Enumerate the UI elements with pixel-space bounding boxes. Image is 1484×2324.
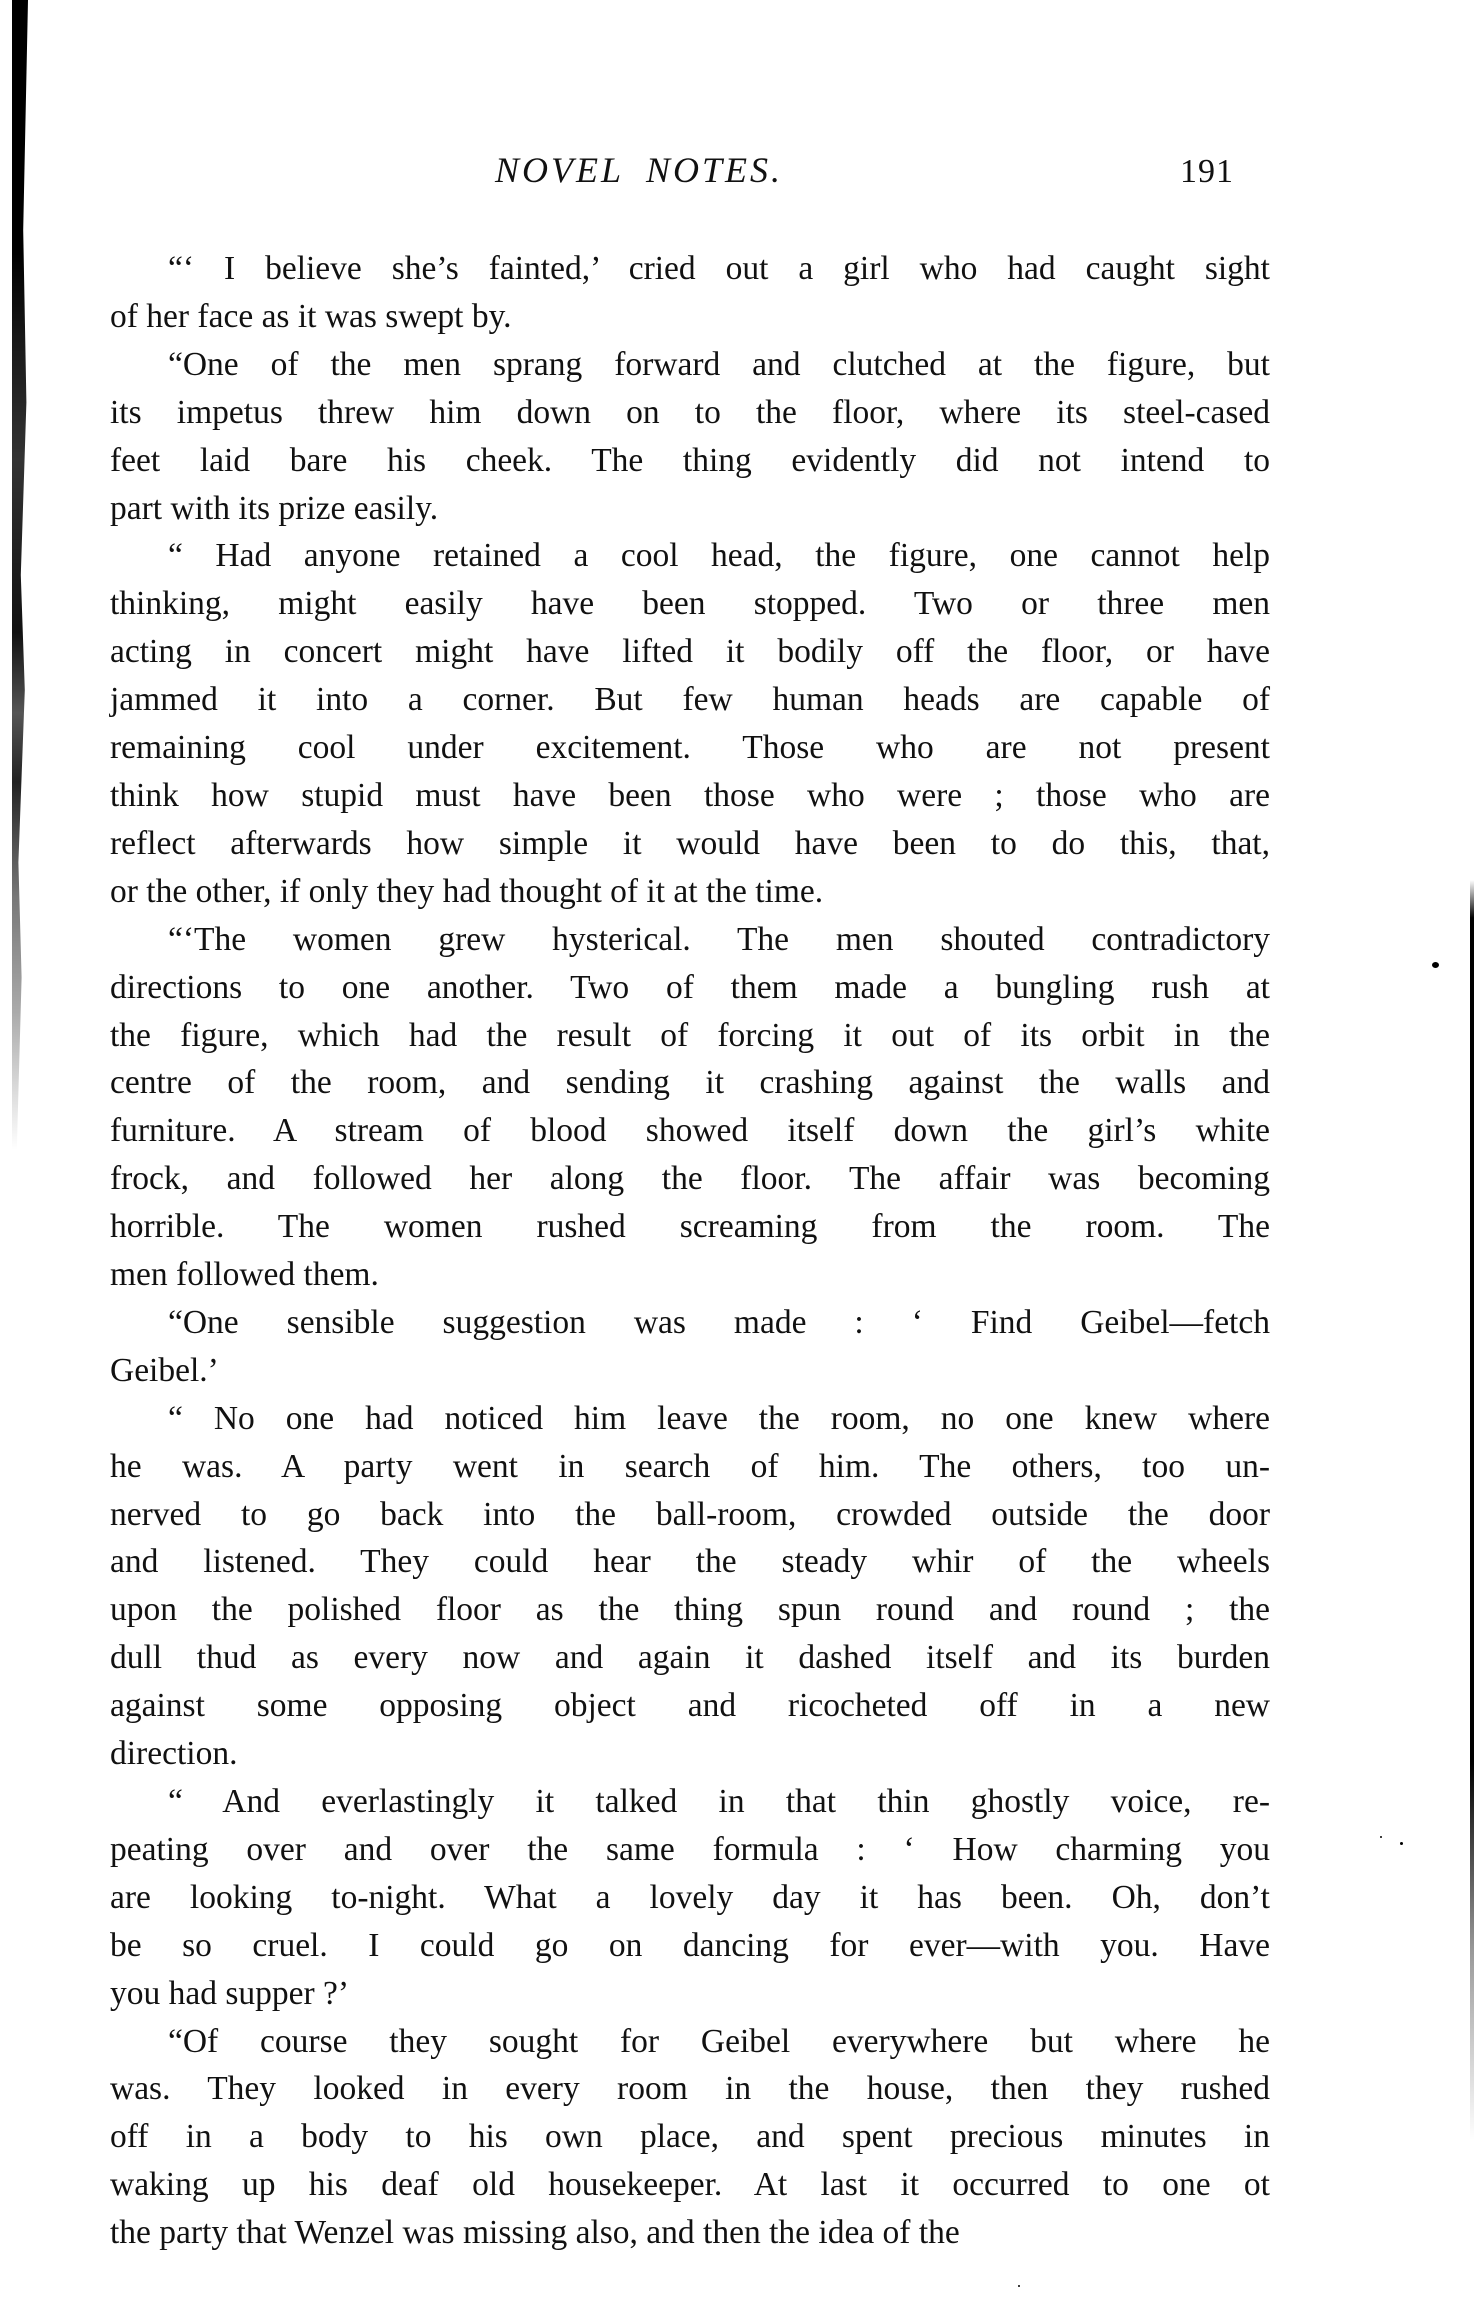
paragraph: “ Had anyone retained a cool head, the f… <box>110 532 1270 915</box>
text-line: furniture. A stream of blood showed itse… <box>110 1107 1270 1155</box>
text-line: off in a body to his own place, and spen… <box>110 2113 1270 2161</box>
text-line: jammed it into a corner. But few human h… <box>110 676 1270 724</box>
scan-binding-edge <box>12 0 28 1150</box>
text-line: direction. <box>110 1730 1270 1778</box>
text-line: “ No one had noticed him leave the room,… <box>110 1395 1270 1443</box>
text-line: waking up his deaf old housekeeper. At l… <box>110 2161 1270 2209</box>
running-head-word: NOTES. <box>646 150 783 190</box>
text-line: are looking to-night. What a lovely day … <box>110 1874 1270 1922</box>
paragraph: “Of course they sought for Geibel everyw… <box>110 2018 1270 2258</box>
text-line: dull thud as every now and again it dash… <box>110 1634 1270 1682</box>
text-line: was. They looked in every room in the ho… <box>110 2065 1270 2113</box>
text-line: the figure, which had the result of forc… <box>110 1012 1270 1060</box>
text-line: its impetus threw him down on to the flo… <box>110 389 1270 437</box>
running-head-word: NOVEL <box>495 150 624 190</box>
text-line: thinking, might easily have been stopped… <box>110 580 1270 628</box>
text-line: men followed them. <box>110 1251 1270 1299</box>
text-line: of her face as it was swept by. <box>110 293 1270 341</box>
text-line: acting in concert might have lifted it b… <box>110 628 1270 676</box>
text-line: directions to one another. Two of them m… <box>110 964 1270 1012</box>
body-text: “‘ I believe she’s fainted,’ cried out a… <box>110 245 1270 2257</box>
text-line: horrible. The women rushed screaming fro… <box>110 1203 1270 1251</box>
text-line: the party that Wenzel was missing also, … <box>110 2209 1270 2257</box>
text-line: frock, and followed her along the floor.… <box>110 1155 1270 1203</box>
scan-speck <box>1018 2285 1020 2287</box>
scan-speck <box>1400 1842 1403 1845</box>
text-line: and listened. They could hear the steady… <box>110 1538 1270 1586</box>
text-line: or the other, if only they had thought o… <box>110 868 1270 916</box>
text-line: against some opposing object and ricoche… <box>110 1682 1270 1730</box>
scan-speck <box>1380 1836 1382 1838</box>
text-line: you had supper ?’ <box>110 1970 1270 2018</box>
text-line: think how stupid must have been those wh… <box>110 772 1270 820</box>
scan-right-edge <box>1470 880 1474 2140</box>
paragraph: “‘ I believe she’s fainted,’ cried out a… <box>110 245 1270 341</box>
scan-speck <box>1432 962 1439 968</box>
text-line: Geibel.’ <box>110 1347 1270 1395</box>
text-line: “‘The women grew hysterical. The men sho… <box>110 916 1270 964</box>
text-line: “One sensible suggestion was made : ‘ Fi… <box>110 1299 1270 1347</box>
text-line: “ And everlastingly it talked in that th… <box>110 1778 1270 1826</box>
text-line: upon the polished floor as the thing spu… <box>110 1586 1270 1634</box>
text-line: nerved to go back into the ball-room, cr… <box>110 1491 1270 1539</box>
text-line: remaining cool under excitement. Those w… <box>110 724 1270 772</box>
text-line: reflect afterwards how simple it would h… <box>110 820 1270 868</box>
paragraph: “One of the men sprang forward and clutc… <box>110 341 1270 533</box>
running-head: NOVELNOTES. <box>495 150 783 190</box>
text-line: part with its prize easily. <box>110 485 1270 533</box>
text-line: peating over and over the same formula :… <box>110 1826 1270 1874</box>
text-line: “‘ I believe she’s fainted,’ cried out a… <box>110 245 1270 293</box>
paragraph: “One sensible suggestion was made : ‘ Fi… <box>110 1299 1270 1395</box>
paragraph: “ No one had noticed him leave the room,… <box>110 1395 1270 1778</box>
text-line: be so cruel. I could go on dancing for e… <box>110 1922 1270 1970</box>
text-line: he was. A party went in search of him. T… <box>110 1443 1270 1491</box>
text-line: centre of the room, and sending it crash… <box>110 1059 1270 1107</box>
text-line: “ Had anyone retained a cool head, the f… <box>110 532 1270 580</box>
page-number: 191 <box>1180 152 1234 192</box>
text-line: “Of course they sought for Geibel everyw… <box>110 2018 1270 2066</box>
text-line: feet laid bare his cheek. The thing evid… <box>110 437 1270 485</box>
text-line: “One of the men sprang forward and clutc… <box>110 341 1270 389</box>
paragraph: “ And everlastingly it talked in that th… <box>110 1778 1270 2018</box>
paragraph: “‘The women grew hysterical. The men sho… <box>110 916 1270 1299</box>
